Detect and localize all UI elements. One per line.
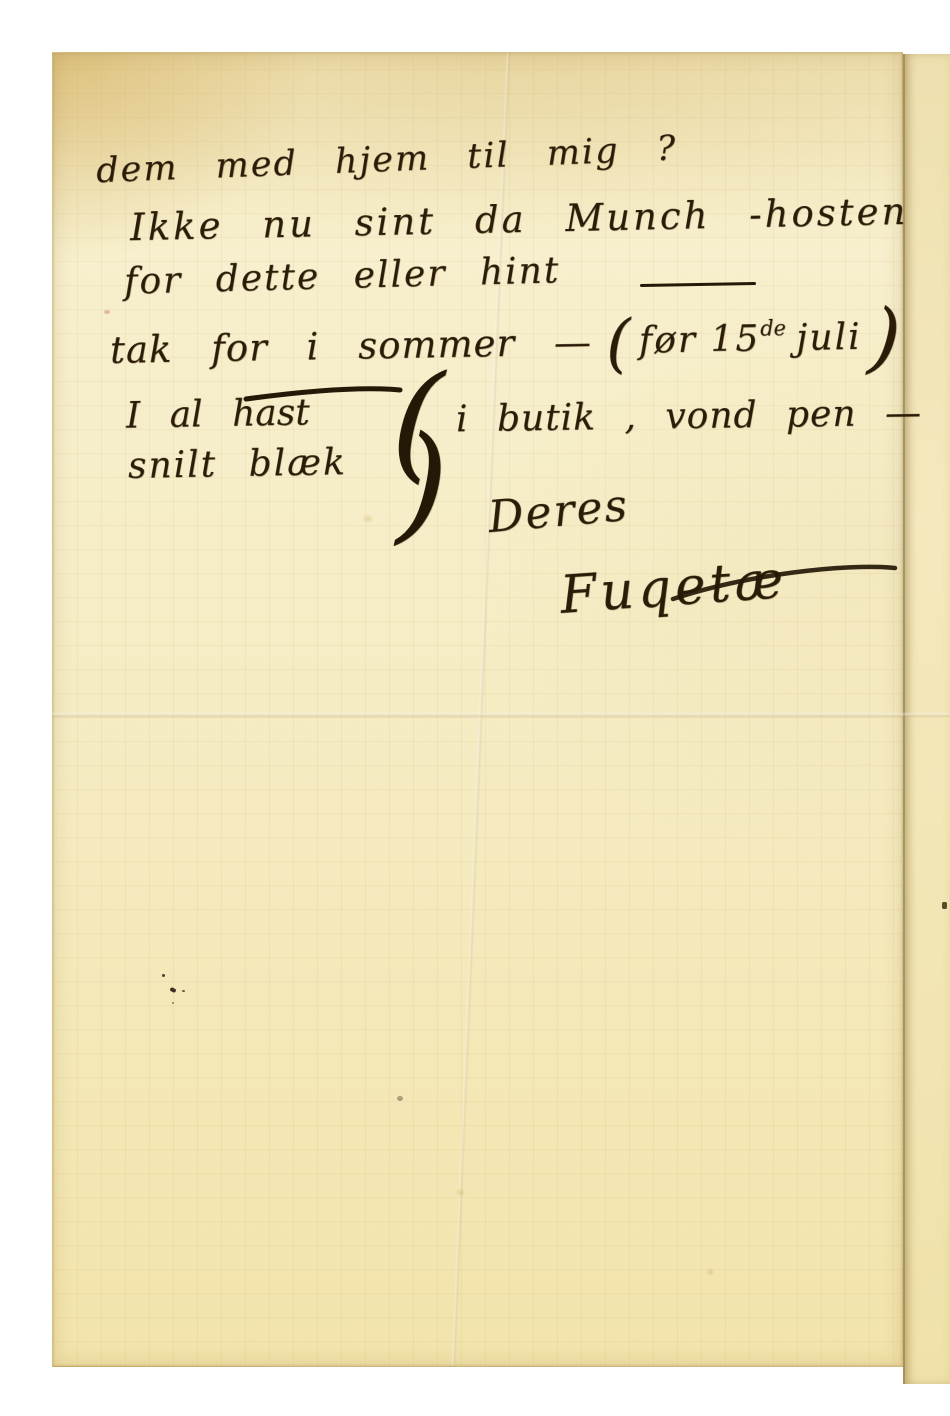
big-close-paren: ) bbox=[396, 431, 450, 538]
horizontal-fold-crease bbox=[52, 713, 950, 717]
second-leaf-edge bbox=[903, 54, 950, 1384]
foxing-spot bbox=[362, 514, 374, 524]
t-cross-stroke bbox=[238, 378, 418, 418]
signature-flourish-stroke bbox=[555, 545, 905, 665]
edge-speck bbox=[942, 902, 947, 909]
letter-page bbox=[52, 52, 903, 1367]
ink-speck bbox=[182, 990, 185, 992]
line4-date-start: før 15 bbox=[638, 318, 760, 361]
pink-speck bbox=[104, 310, 110, 314]
line4-month-text: juli bbox=[796, 316, 862, 358]
foxing-spot bbox=[455, 1188, 466, 1197]
letter-scan: dem med hjem til mig ? Ikke nu sint da M… bbox=[0, 0, 950, 1416]
ink-speck bbox=[162, 974, 165, 977]
ink-speck bbox=[172, 1002, 174, 1004]
gray-speck bbox=[397, 1096, 403, 1101]
foxing-spot bbox=[706, 1268, 715, 1276]
squared-paper-grid bbox=[53, 53, 902, 1366]
line4-text: tak for i sommer — bbox=[110, 320, 593, 371]
handwriting-line-6: snilt blæk bbox=[128, 442, 347, 487]
line4-open-paren: ( bbox=[605, 318, 631, 370]
handwriting-line-5-inner: i butik , vond pen — bbox=[456, 393, 923, 441]
line4-date-text: før 15de bbox=[638, 318, 786, 362]
line4-close-paren: ) bbox=[867, 306, 903, 371]
line4-ordinal-superscript: de bbox=[760, 316, 786, 340]
